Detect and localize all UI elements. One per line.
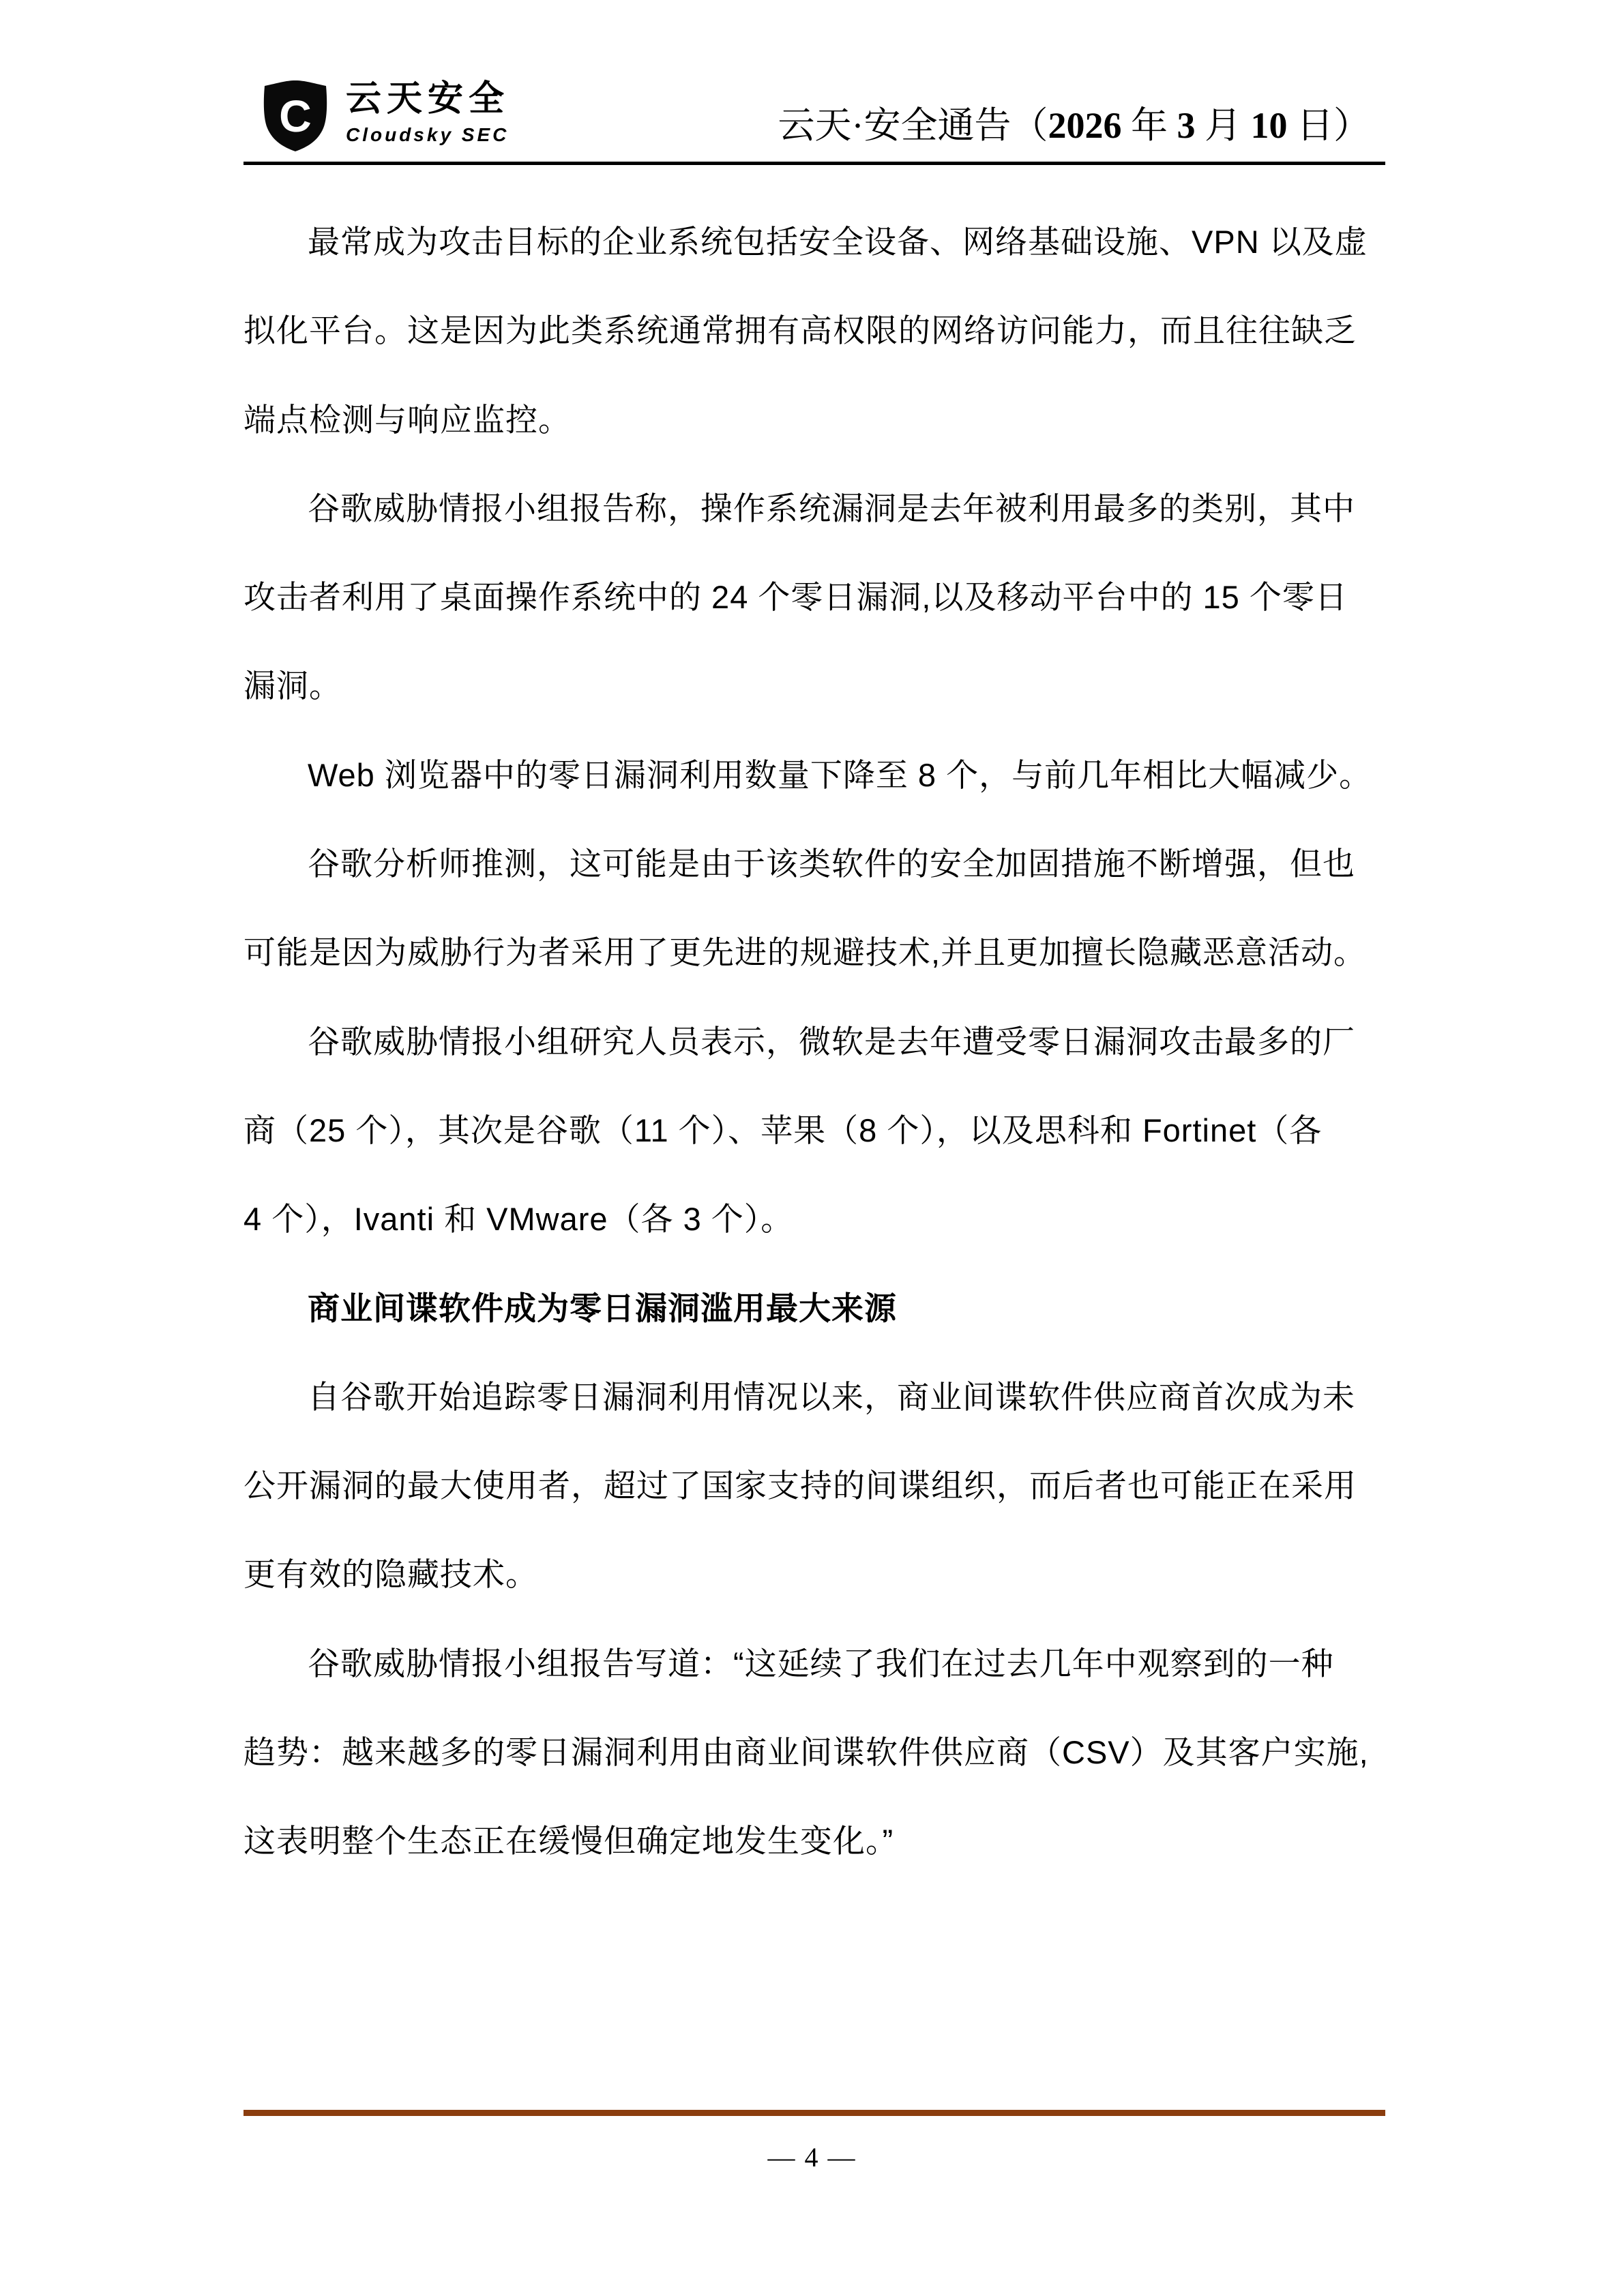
title-segment: 3: [1177, 105, 1196, 146]
body-line: 更有效的隐藏技术。: [243, 1530, 1385, 1619]
body-line: Web 浏览器中的零日漏洞利用数量下降至 8 个，与前几年相比大幅减少。: [243, 731, 1385, 820]
document-body: 最常成为攻击目标的企业系统包括安全设备、网络基础设施、VPN 以及虚拟化平台。这…: [243, 198, 1385, 1886]
logo-shield-icon: C: [261, 79, 329, 153]
body-line: 谷歌威胁情报小组报告称，操作系统漏洞是去年被利用最多的类别，其中: [243, 464, 1385, 553]
title-segment: 日）: [1288, 105, 1371, 146]
title-segment: 月: [1196, 105, 1251, 146]
body-line: 公开漏洞的最大使用者，超过了国家支持的间谍组织，而后者也可能正在采用: [243, 1442, 1385, 1530]
body-line: 自谷歌开始追踪零日漏洞利用情况以来，商业间谍软件供应商首次成为未: [243, 1353, 1385, 1442]
body-line: 这表明整个生态正在缓慢但确定地发生变化。”: [243, 1797, 1385, 1885]
header-rule: [243, 162, 1385, 165]
body-line: 4 个），Ivanti 和 VMware（各 3 个）。: [243, 1175, 1385, 1264]
title-segment: 年: [1122, 105, 1177, 146]
logo-name-en: Cloudsky SEC: [346, 124, 510, 146]
body-line: 趋势：越来越多的零日漏洞利用由商业间谍软件供应商（CSV）及其客户实施,: [243, 1708, 1385, 1797]
body-line: 端点检测与响应监控。: [243, 376, 1385, 464]
footer-rule: [243, 2110, 1385, 2116]
title-segment: 2026: [1048, 105, 1122, 146]
body-line: 谷歌分析师推测，这可能是由于该类软件的安全加固措施不断增强，但也: [243, 820, 1385, 908]
body-line: 可能是因为威胁行为者采用了更先进的规避技术,并且更加擅长隐藏恶意活动。: [243, 908, 1385, 997]
section-heading: 商业间谍软件成为零日漏洞滥用最大来源: [243, 1264, 1385, 1353]
body-line: 商（25 个），其次是谷歌（11 个）、苹果（8 个），以及思科和 Fortin…: [243, 1086, 1385, 1175]
logo-text: 云天安全 Cloudsky SEC: [346, 79, 510, 146]
body-line: 最常成为攻击目标的企业系统包括安全设备、网络基础设施、VPN 以及虚: [243, 198, 1385, 286]
title-segment: 云天·安全通告（: [778, 105, 1048, 146]
bulletin-title: 云天·安全通告（2026 年 3 月 10 日）: [778, 104, 1370, 148]
page-number: — 4 —: [0, 2141, 1624, 2173]
body-line: 拟化平台。这是因为此类系统通常拥有高权限的网络访问能力，而且往往缺乏: [243, 286, 1385, 375]
title-segment: 10: [1251, 105, 1288, 146]
document-page: C 云天安全 Cloudsky SEC 云天·安全通告（2026 年 3 月 1…: [0, 0, 1624, 2296]
svg-text:C: C: [279, 91, 312, 141]
body-line: 漏洞。: [243, 642, 1385, 730]
logo-name-cn: 云天安全: [346, 79, 510, 120]
logo: C 云天安全 Cloudsky SEC: [261, 79, 510, 153]
body-line: 谷歌威胁情报小组报告写道：“这延续了我们在过去几年中观察到的一种: [243, 1620, 1385, 1708]
body-line: 攻击者利用了桌面操作系统中的 24 个零日漏洞,以及移动平台中的 15 个零日: [243, 553, 1385, 642]
body-line: 谷歌威胁情报小组研究人员表示，微软是去年遭受零日漏洞攻击最多的厂: [243, 998, 1385, 1086]
